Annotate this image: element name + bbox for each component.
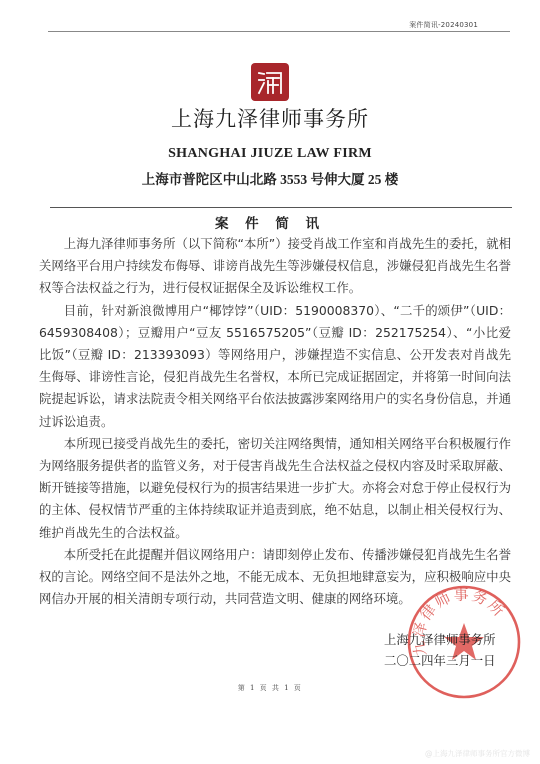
page-number: 第 1 页 共 1 页 (0, 683, 540, 693)
header-divider (48, 31, 510, 32)
document-reference: 案件简讯-20240301 (409, 20, 478, 30)
firm-logo-icon (251, 63, 289, 101)
firm-name-chinese: 上海九泽律师事务所 (0, 103, 540, 133)
weibo-watermark: @上海九泽律师事务所官方微博 (425, 748, 530, 759)
signature-firm-name: 上海九泽律师事务所 (384, 630, 496, 648)
seal-glyph-icon (255, 67, 285, 97)
firm-name-english: SHANGHAI JIUZE LAW FIRM (0, 146, 540, 162)
signature-date: 二〇二四年三月一日 (384, 651, 496, 669)
title-divider (50, 207, 512, 208)
firm-address: 上海市普陀区中山北路 3553 号伸大厦 25 楼 (0, 168, 540, 188)
document-body: 上海九泽律师事务所（以下简称“本所”）接受肖战工作室和肖战先生的委托，就相关网络… (39, 233, 511, 610)
paragraph-actions: 本所现已接受肖战先生的委托，密切关注网络舆情，通知相关网络平台积极履行作为网络服… (39, 433, 511, 544)
document-title: 案 件 简 讯 (0, 212, 540, 232)
paragraph-intro: 上海九泽律师事务所（以下简称“本所”）接受肖战工作室和肖战先生的委托，就相关网络… (39, 233, 511, 300)
paragraph-targets: 目前，针对新浪微博用户“椰饽饽”（UID：5190008370）、“二千的颂伊”… (39, 300, 511, 433)
